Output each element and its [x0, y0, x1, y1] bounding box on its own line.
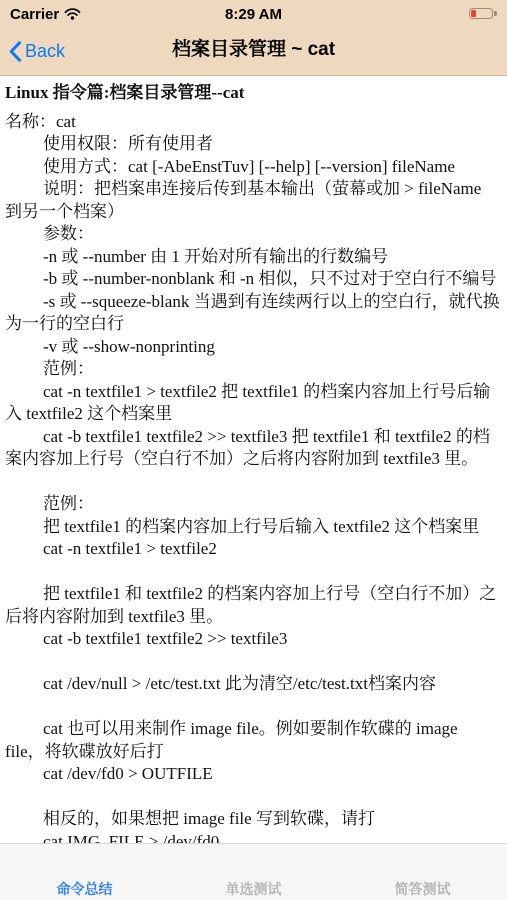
- status-bar: Carrier 8:29 AM: [0, 0, 507, 28]
- paragraph: -n 或 --number 由 1 开始对所有输出的行数编号: [5, 246, 501, 269]
- blank-line: [5, 786, 501, 809]
- paragraph: 名称：cat: [5, 111, 501, 134]
- paragraph: cat -b textfile1 textfile2 >> textfile3 …: [5, 426, 501, 471]
- paragraph: cat -b textfile1 textfile2 >> textfile3: [5, 628, 501, 651]
- wifi-icon: [64, 8, 81, 20]
- paragraph: 范例：: [5, 493, 501, 516]
- navigation-bar: 档案目录管理 ~ cat Back: [0, 28, 507, 75]
- carrier-label: Carrier: [10, 6, 59, 23]
- blank-line: [5, 651, 501, 674]
- blank-line: [5, 561, 501, 584]
- paragraph: 使用权限：所有使用者: [5, 133, 501, 156]
- paragraph: cat IMG_FILE > /dev/fd0: [5, 831, 501, 844]
- tab-short-answer[interactable]: 简答测试: [338, 879, 507, 900]
- top-chrome: Carrier 8:29 AM 档案目录管理 ~ cat: [0, 0, 507, 76]
- paragraph: 相反的，如果想把 image file 写到软碟，请打: [5, 808, 501, 831]
- paragraph: Linux 指令篇:档案目录管理--cat: [5, 82, 501, 105]
- back-button[interactable]: Back: [9, 28, 65, 75]
- blank-line: [5, 471, 501, 494]
- paragraph: cat 也可以用来制作 image file。例如要制作软碟的 image fi…: [5, 718, 501, 763]
- paragraph: 参数：: [5, 223, 501, 246]
- paragraph: 把 textfile1 和 textfile2 的档案内容加上行号（空白行不加）…: [5, 583, 501, 628]
- paragraph: 说明：把档案串连接后传到基本输出（萤幕或加 > fileName 到另一个档案）: [5, 178, 501, 223]
- battery-icon: [469, 8, 493, 19]
- battery-level-fill: [471, 10, 476, 17]
- paragraph: -b 或 --number-nonblank 和 -n 相似，只不过对于空白行不…: [5, 268, 501, 291]
- paragraph: 范例：: [5, 358, 501, 381]
- paragraph: cat /dev/null > /etc/test.txt 此为清空/etc/t…: [5, 673, 501, 696]
- tab-command-summary[interactable]: 命令总结: [0, 879, 169, 900]
- paragraph: -s 或 --squeeze-blank 当遇到有连续两行以上的空白行，就代换为…: [5, 291, 501, 336]
- app-screen: Carrier 8:29 AM 档案目录管理 ~ cat: [0, 0, 507, 900]
- back-label: Back: [25, 41, 65, 62]
- paragraph: cat -n textfile1 > textfile2: [5, 538, 501, 561]
- back-chevron-icon: [9, 41, 21, 62]
- tab-multiple-choice[interactable]: 单选测试: [169, 879, 338, 900]
- paragraph: 把 textfile1 的档案内容加上行号后输入 textfile2 这个档案里: [5, 516, 501, 539]
- carrier-area: Carrier: [10, 6, 81, 23]
- paragraph: cat /dev/fd0 > OUTFILE: [5, 763, 501, 786]
- paragraph: -v 或 --show-nonprinting: [5, 336, 501, 359]
- document-scroll-area[interactable]: Linux 指令篇:档案目录管理--cat名称：cat使用权限：所有使用者使用方…: [0, 76, 507, 843]
- paragraph: cat -n textfile1 > textfile2 把 textfile1…: [5, 381, 501, 426]
- bottom-tab-bar: 命令总结 单选测试 简答测试: [0, 843, 507, 900]
- page-title: 档案目录管理 ~ cat: [0, 28, 507, 75]
- blank-line: [5, 696, 501, 719]
- paragraph: 使用方式：cat [-AbeEnstTuv] [--help] [--versi…: [5, 156, 501, 179]
